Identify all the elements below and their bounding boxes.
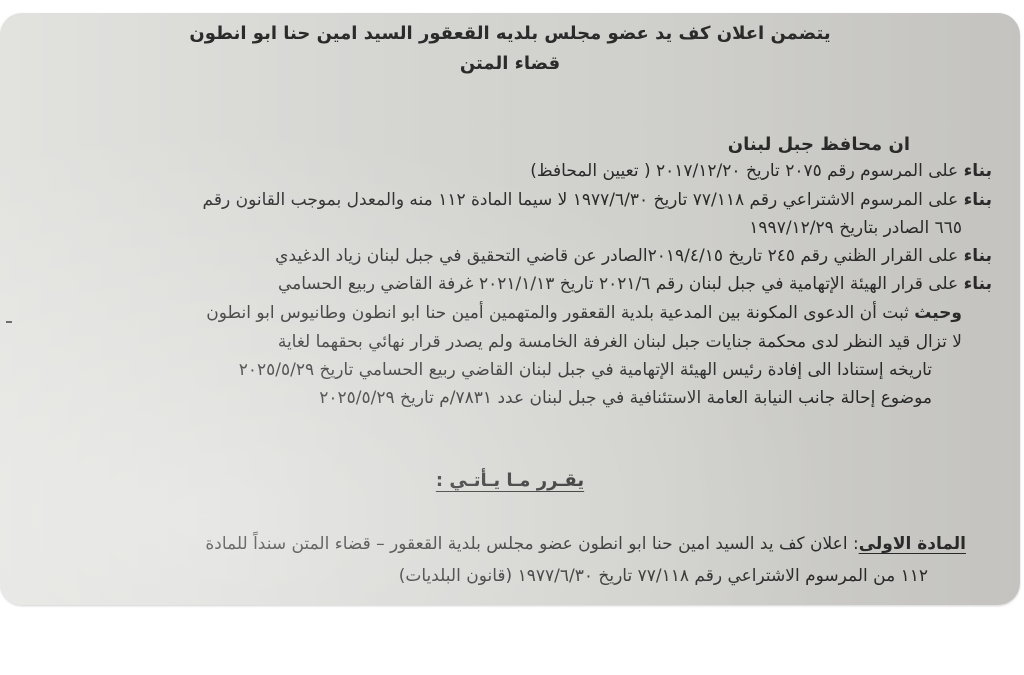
document-photo-card: يتضمن اعلان كف يد عضو مجلس بلديه القعقور… — [0, 13, 1020, 605]
recital-4: بناء على قرار الهيئة الإتهامية في جبل لب… — [278, 273, 992, 295]
article-1-continuation: ١١٢ من المرسوم الاشتراعي رقم ٧٧/١١٨ تاري… — [399, 565, 928, 587]
decision-heading: يقـرر مـا يـأتـي : — [0, 470, 1020, 492]
margin-mark — [6, 321, 12, 323]
recital-6: لا تزال قيد النظر لدى محكمة جنايات جبل ل… — [278, 331, 962, 353]
article-label: المادة الاولى — [859, 534, 966, 554]
recital-7: تاريخه إستنادا الى إفادة رئيس الهيئة الإ… — [239, 359, 932, 381]
document-title-line-1: يتضمن اعلان كف يد عضو مجلس بلديه القعقور… — [0, 23, 1020, 45]
recital-lead: بناء — [964, 246, 992, 266]
issuer-line: ان محافظ جبل لبنان — [728, 134, 910, 156]
document-title-line-2: قضاء المتن — [0, 53, 1020, 75]
recital-text: ٦٦٥ الصادر بتاريخ ١٩٩٧/١٢/٢٩ — [749, 218, 962, 238]
recital-lead: بناء — [964, 274, 992, 294]
decree-document: يتضمن اعلان كف يد عضو مجلس بلديه القعقور… — [0, 13, 1020, 605]
article-1: المادة الاولى: اعلان كف يد السيد امين حن… — [205, 533, 966, 555]
recital-text: على القرار الظني رقم ٢٤٥ تاريخ ٢٠١٩/٤/١٥… — [275, 246, 963, 266]
recital-1: بناء على المرسوم رقم ٢٠٧٥ تاريخ ٢٠١٧/١٢/… — [530, 160, 992, 182]
recital-text: لا تزال قيد النظر لدى محكمة جنايات جبل ل… — [278, 332, 962, 352]
recital-3: بناء على القرار الظني رقم ٢٤٥ تاريخ ٢٠١٩… — [275, 245, 992, 267]
recital-8: موضوع إحالة جانب النيابة العامة الاستئنا… — [319, 387, 932, 409]
recital-lead: بناء — [964, 190, 992, 210]
recital-5: وحيث ثبت أن الدعوى المكونة بين المدعية ب… — [206, 302, 962, 324]
recital-text: على المرسوم رقم ٢٠٧٥ تاريخ ٢٠١٧/١٢/٢٠ ( … — [530, 161, 963, 181]
recital-2-continuation: ٦٦٥ الصادر بتاريخ ١٩٩٧/١٢/٢٩ — [749, 217, 962, 239]
recital-lead: بناء — [964, 161, 992, 181]
recital-2: بناء على المرسوم الاشتراعي رقم ٧٧/١١٨ تا… — [203, 189, 992, 211]
recital-text: ثبت أن الدعوى المكونة بين المدعية بلدية … — [206, 303, 914, 323]
article-text: : اعلان كف يد السيد امين حنا ابو انطون ع… — [205, 534, 858, 554]
recital-text: تاريخه إستنادا الى إفادة رئيس الهيئة الإ… — [239, 360, 932, 380]
recital-text: على قرار الهيئة الإتهامية في جبل لبنان ر… — [278, 274, 964, 294]
recital-lead: وحيث — [914, 303, 962, 323]
article-text: ١١٢ من المرسوم الاشتراعي رقم ٧٧/١١٨ تاري… — [399, 566, 928, 586]
recital-text: على المرسوم الاشتراعي رقم ٧٧/١١٨ تاريخ ١… — [203, 190, 964, 210]
recital-text: موضوع إحالة جانب النيابة العامة الاستئنا… — [319, 388, 932, 408]
